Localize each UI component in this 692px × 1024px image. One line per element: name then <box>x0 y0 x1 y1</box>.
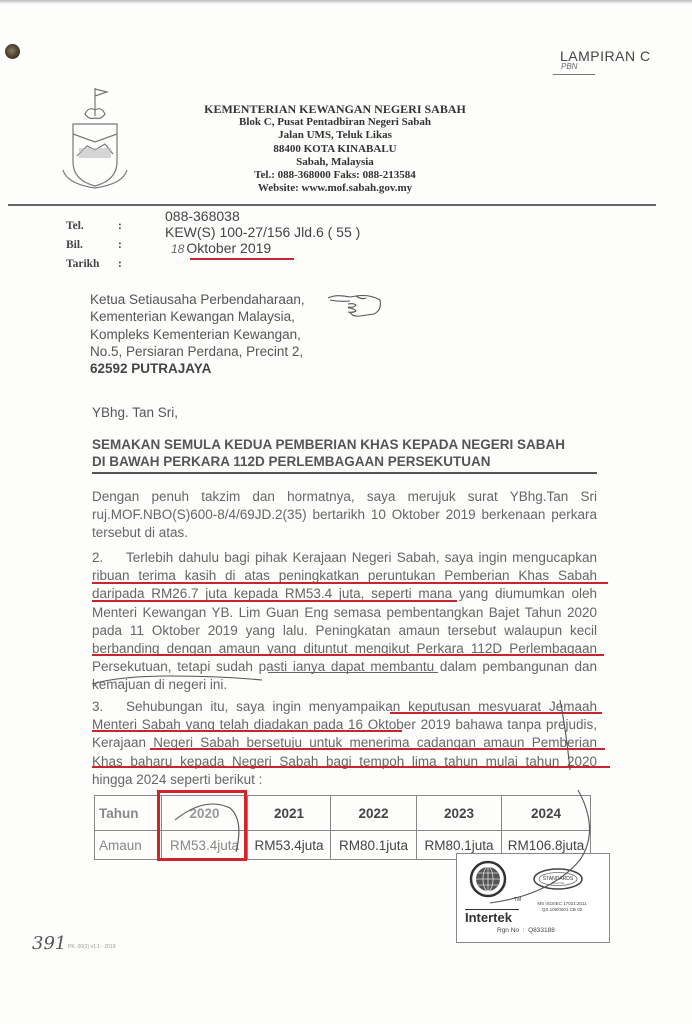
intertek-logo: Intertek <box>465 910 512 925</box>
standards-malaysia-logo-icon: STANDARDS MALAYSIA <box>533 868 583 890</box>
scan-edge <box>0 0 692 4</box>
pen-underline <box>268 672 438 673</box>
organization-name: KEMENTERIAN KEWANGAN NEGERI SABAH <box>140 103 530 116</box>
date-red-underline <box>190 258 294 260</box>
iso-globe-icon <box>469 860 507 898</box>
red-underline <box>92 766 610 768</box>
red-underline <box>390 712 602 714</box>
red-underline <box>92 600 457 602</box>
address-line: Blok C, Pusat Pentadbiran Negeri Sabah <box>140 116 530 129</box>
meta-labels: Tel.: Bil.: Tarikh: <box>66 217 99 274</box>
amount-cell: RM53.4juta <box>248 831 331 860</box>
recipient-city: 62592 PUTRAJAYA <box>90 360 305 377</box>
red-underline <box>92 730 402 732</box>
subject-heading: SEMAKAN SEMULA KEDUA PEMBERIAN KHAS KEPA… <box>92 436 565 470</box>
bil-label: Bil. <box>66 239 83 251</box>
website-line: Website: www.mof.sabah.gov.my <box>140 182 530 195</box>
date-label: Tarikh <box>66 258 99 270</box>
form-code: PK. 00(2) v1.1 - 2019 <box>68 944 116 950</box>
red-underline <box>92 582 608 584</box>
annex-handwritten-note: PBN <box>561 62 577 71</box>
punch-hole <box>5 44 20 59</box>
annex-underline <box>553 74 595 75</box>
handwritten-day: 18 <box>171 242 184 256</box>
address-line: 88400 KOTA KINABALU <box>140 143 530 156</box>
recipient-address: Ketua Setiausaha Perbendaharaan, Kemente… <box>90 291 305 377</box>
meta-values: 088-368038 KEW(S) 100-27/156 Jld.6 ( 55 … <box>165 208 360 257</box>
address-line: Sabah, Malaysia <box>140 156 530 169</box>
registration-number: Rgn No : Q833188 <box>497 927 555 934</box>
year-cell: 2023 <box>417 796 502 831</box>
sabah-crest-icon <box>55 84 135 194</box>
letterhead-divider <box>8 204 656 206</box>
year-cell: 2021 <box>248 796 331 831</box>
amount-cell: RM80.1juta <box>331 831 417 860</box>
salutation: YBhg. Tan Sri, <box>92 405 178 420</box>
letterhead: KEMENTERIAN KEWANGAN NEGERI SABAH Blok C… <box>140 103 530 195</box>
tel-value: 088-368038 <box>165 208 360 224</box>
red-underline <box>150 748 605 750</box>
row-label-amount: Amaun <box>95 831 162 860</box>
red-underline <box>92 654 604 656</box>
subject-underline <box>92 472 597 474</box>
date-value: 18Oktober 2019 <box>165 240 360 257</box>
svg-text:MALAYSIA: MALAYSIA <box>552 882 565 885</box>
pointing-hand-icon <box>326 292 384 318</box>
iso-standard-text: MS ISO/IEC 17021:2011 QS 100/0001 CB 02 <box>527 901 597 913</box>
paragraph-1: Dengan penuh takzim dan hormatnya, saya … <box>92 488 597 543</box>
address-line: Jalan UMS, Teluk Likas <box>140 129 530 142</box>
year-cell: 2024 <box>502 796 591 831</box>
handwritten-page-number: 391 <box>32 933 66 954</box>
highlight-box-2020 <box>157 790 247 861</box>
year-cell: 2022 <box>331 796 417 831</box>
contact-line: Tel.: 088-368000 Faks: 088-213584 <box>140 169 530 182</box>
certification-badge: STANDARDS MALAYSIA TM MS ISO/IEC 17021:2… <box>456 853 610 943</box>
tel-label: Tel. <box>66 220 84 232</box>
reference-number: KEW(S) 100-27/156 Jld.6 ( 55 ) <box>165 224 360 240</box>
row-label-year: Tahun <box>95 796 162 831</box>
